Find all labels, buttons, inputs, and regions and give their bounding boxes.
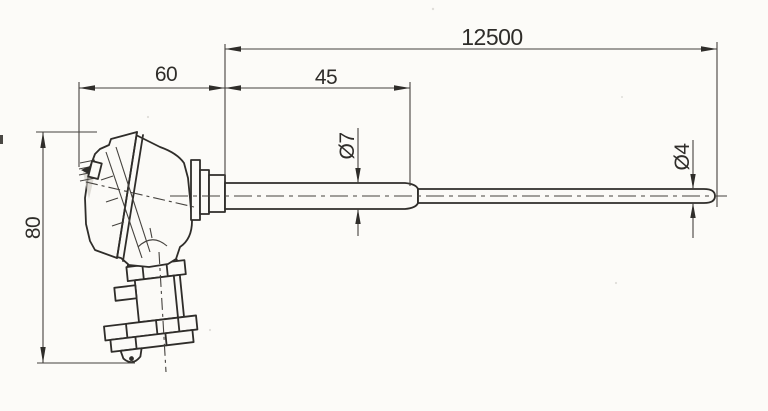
gland-side-tab	[114, 285, 136, 301]
speck	[621, 96, 623, 98]
arrowhead	[690, 174, 695, 189]
neck-bushing-2	[200, 170, 209, 214]
arrowhead	[355, 168, 360, 183]
dim-label-head-height: 80	[22, 217, 45, 239]
speck	[209, 329, 211, 331]
arrowhead	[225, 85, 241, 90]
thermocouple-assembly	[79, 132, 715, 365]
arrowhead	[394, 85, 410, 90]
speck	[432, 8, 434, 10]
arrowhead	[209, 85, 225, 90]
arrowhead	[355, 209, 360, 224]
arrowhead	[225, 46, 241, 51]
dim-label-sheath-diameter: Ø7	[336, 132, 359, 159]
dim-neck-length: 45	[225, 66, 410, 91]
gland-entry-nipple	[121, 348, 143, 363]
arrowhead	[701, 46, 717, 51]
dim-label-tip-diameter: Ø4	[671, 143, 694, 171]
dim-head-height: 80	[22, 132, 46, 363]
neck-bushing-1	[191, 160, 200, 220]
neck-bushing-3	[209, 175, 225, 212]
technical-drawing: 12500 60 45 80 Ø7	[0, 0, 768, 411]
dim-sheath-diameter: Ø7	[336, 128, 361, 236]
drawing-sheet: 12500 60 45 80 Ø7	[0, 0, 768, 411]
gland-nut-facet	[165, 333, 166, 345]
arrowhead	[40, 132, 45, 148]
arrowhead	[79, 85, 95, 90]
gland-nut-facet	[135, 337, 136, 349]
arrowhead	[40, 347, 45, 363]
scan-edge-mark	[0, 135, 3, 144]
dim-overall-length: 12500	[225, 24, 717, 52]
neck-bushings	[191, 160, 225, 220]
dim-label-neck-length: 45	[315, 66, 337, 89]
speck	[147, 116, 149, 118]
speck	[615, 282, 617, 284]
arrowhead	[690, 203, 695, 218]
dim-label-head-length: 60	[155, 63, 177, 86]
dim-label-overall-length: 12500	[461, 24, 522, 50]
dim-head-length: 60	[79, 63, 410, 91]
